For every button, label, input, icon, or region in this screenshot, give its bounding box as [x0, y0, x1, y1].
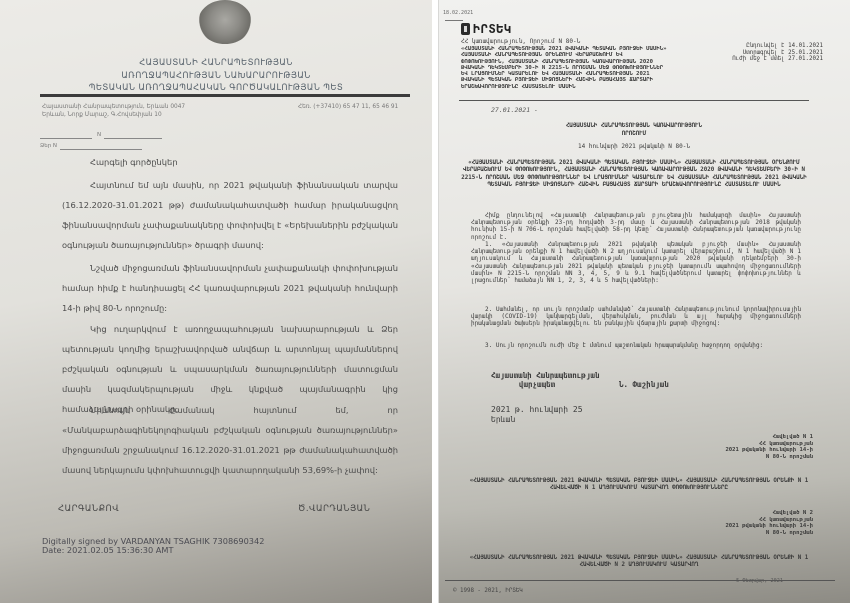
paragraph-1: Հայտնում եմ այն մասին, որ 2021 թվականի ֆ…: [62, 175, 398, 255]
digital-signature-date: Date: 2021.02.05 15:36:30 AMT: [42, 546, 264, 555]
print-date: 18.02.2021: [443, 10, 473, 16]
footer-copyright: © 1998 - 2021, ԻՐՏԵԿ: [453, 588, 523, 594]
paragraph-4: Միևնույն ժամանակ հայտնում եմ, որ «Մանկաբ…: [62, 400, 398, 480]
document-title: «ՀԱՅԱՍՏԱՆԻ ՀԱՆՐԱՊԵՏՈՒԹՅԱՆ 2021 ԹՎԱԿԱՆԻ Պ…: [461, 46, 669, 90]
government-heading: ՀԱՅԱՍՏԱՆԻ ՀԱՆՐԱՊԵՏՈՒԹՅԱՆ ԿԱՌԱՎԱՐՈՒԹՅՈՒՆ …: [459, 122, 809, 138]
clause-2: 2. Սահմանել, որ սույն որոշմամբ սահմանված…: [471, 306, 801, 328]
publication-date: 27.01.2021 -: [491, 106, 538, 114]
coat-of-arms-icon: [198, 0, 252, 44]
header-divider: [459, 100, 809, 101]
ministry-letter-page: ՀԱՅԱՍՏԱՆԻ ՀԱՆՐԱՊԵՏՈՒԹՅԱՆ ԱՌՈՂՋԱՊԱՀՈՒԹՅԱՆ…: [0, 0, 432, 603]
outgoing-date-blank: [40, 138, 92, 139]
clause-1: 1. «Հայաստանի Հանրապետության 2021 թվական…: [471, 241, 801, 284]
decision-heading: ՈՐՈՇՈՒՄ: [459, 130, 809, 138]
salutation: Հարգելի գործընկեր: [62, 152, 398, 172]
signatory-name: Ծ.ՎԱՐԴԱՆՅԱՆ: [298, 504, 370, 514]
letterhead-divider: [40, 94, 410, 97]
annex-1-title: «ՀԱՅԱՍՏԱՆԻ ՀԱՆՐԱՊԵՏՈՒԹՅԱՆ 2021 ԹՎԱԿԱՆԻ Պ…: [469, 478, 809, 493]
government-decision-page: 18.02.2021 ԻՐՏԵԿ ՀՀ կառավարություն, Որոշ…: [438, 0, 850, 603]
footer-date: 5 Փետրվար, 2021: [736, 578, 783, 584]
reference-number-blank: [60, 149, 142, 150]
irtek-logo-icon: [461, 23, 470, 35]
signing-place: Երևան: [491, 415, 583, 425]
signed-date: Ստորագրվել է 25.01.2021: [732, 50, 823, 57]
decision-title: «ՀԱՅԱՍՏԱՆԻ ՀԱՆՐԱՊԵՏՈՒԹՅԱՆ 2021 ԹՎԱԿԱՆԻ Պ…: [459, 160, 809, 190]
signing-date-place: 2021 թ. հունվարի 25 Երևան: [491, 405, 583, 424]
signing-date: 2021 թ. հունվարի 25: [491, 405, 583, 415]
digital-signature: Digitally signed by VARDANYAN TSAGHIK 73…: [42, 537, 264, 554]
annex-2-title: «ՀԱՅԱՍՏԱՆԻ ՀԱՆՐԱՊԵՏՈՒԹՅԱՆ 2021 ԹՎԱԿԱՆԻ Պ…: [469, 555, 809, 570]
adopted-date: Ընդունվել է 14.01.2021: [732, 43, 823, 50]
clause-3: 3. Սույն որոշումն ուժի մեջ է մտնում պաշտ…: [471, 342, 801, 349]
reference-label: Ձեր N: [40, 143, 57, 149]
number-mark: N: [97, 132, 101, 138]
address: Հայաստանի Հանրապետություն, Երևան 0047 Եր…: [42, 104, 185, 119]
irtek-logo: ԻՐՏԵԿ: [461, 22, 512, 36]
annex-1-header: Հավելված N 1 ՀՀ կառավարության 2021 թվակա…: [725, 434, 813, 460]
preamble: Հիմք ընդունելով «Հայաստանի Հանրապետությա…: [471, 212, 801, 241]
letterhead-line-2: ԱՌՈՂՋԱՊԱՀՈՒԹՅԱՆ ՆԱԽԱՐԱՐՈՒԹՅԱՆ: [0, 70, 432, 80]
letterhead-line-3: ՊԵՏԱԿԱՆ ԱՌՈՂՋԱՊԱՀԱԿԱՆ ԳՈՐԾԱԿԱԼՈՒԹՅԱՆ ՊԵՏ: [0, 82, 432, 92]
prime-minister-title: Հայաստանի Հանրապետության վարչապետ: [491, 372, 599, 389]
decision-date: 14 հունվարի 2021 թվականի N 80-Ն: [459, 143, 809, 150]
address-line-2: Երևան, Նորք Մարաշ, Գ.Հովսեփյան 10: [42, 112, 185, 120]
paragraph-2: Նշված միջոցառման ֆինանսավորման չափաքանակ…: [62, 258, 398, 318]
letterhead-line-1: ՀԱՅԱՍՏԱՆԻ ՀԱՆՐԱՊԵՏՈՒԹՅԱՆ: [0, 57, 432, 67]
outgoing-number-blank: [104, 138, 162, 139]
document-type: ՀՀ կառավարություն, Որոշում N 80-Ն: [461, 38, 580, 45]
prime-minister-name: Ն. Փաշինյան: [619, 380, 669, 389]
irtek-logo-text: ԻՐՏԵԿ: [473, 22, 512, 36]
address-line-1: Հայաստանի Հանրապետություն, Երևան 0047: [42, 104, 185, 112]
print-date-underline: [445, 20, 463, 21]
phone: Հեռ. (+37410) 65 47 11, 65 46 91: [298, 104, 398, 112]
effective-date: Ուժի մեջ է մտել 27.01.2021: [732, 56, 823, 63]
annex-2-header: Հավելված N 2 ՀՀ կառավարության 2021 թվակա…: [725, 510, 813, 536]
closing-respectfully: ՀԱՐԳԱՆՔՈՎ: [58, 504, 119, 514]
document-dates: Ընդունվել է 14.01.2021 Ստորագրվել է 25.0…: [732, 43, 823, 63]
